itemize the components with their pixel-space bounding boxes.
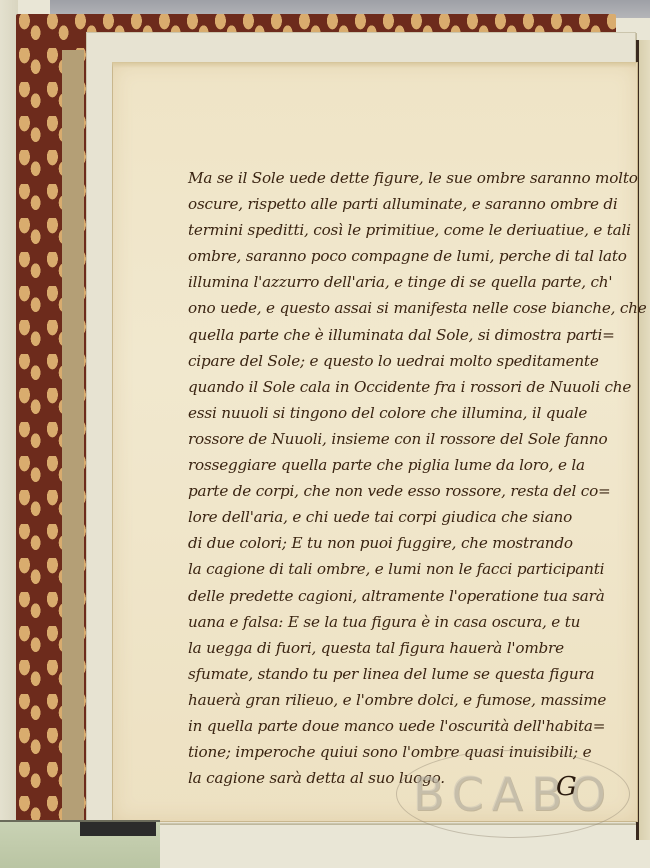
library-watermark: BCABO: [396, 750, 630, 838]
text-line: quando il Sole cala in Occidente fra i r…: [188, 374, 638, 400]
text-line: la uegga di fuori, questa tal figura hau…: [188, 635, 638, 661]
board-edge: [80, 822, 156, 836]
right-page-edge: [636, 40, 650, 840]
text-line: sfumate, stando tu per linea del lume se…: [188, 661, 638, 687]
text-line: rosseggiare quella parte che piglia lume…: [188, 452, 638, 478]
text-line: Ma se il Sole uede dette figure, le sue …: [188, 165, 638, 191]
text-line: ombre, saranno poco compagne de lumi, pe…: [188, 243, 638, 269]
text-line: rossore de Nuuoli, insieme con il rossor…: [188, 426, 638, 452]
manuscript-text: Ma se il Sole uede dette figure, le sue …: [188, 165, 638, 791]
text-line: uana e falsa: E se la tua figura è in ca…: [188, 609, 638, 635]
text-line: lore dell'aria, e chi uede tai corpi giu…: [188, 504, 638, 530]
binding-strip: [62, 50, 84, 820]
text-line: di due colori; E tu non puoi fuggire, ch…: [188, 530, 638, 556]
text-line: ono uede, e questo assai si manifesta ne…: [188, 295, 638, 321]
text-line: parte de corpi, che non vede esso rossor…: [188, 478, 638, 504]
text-line: cipare del Sole; e questo lo uedrai molt…: [188, 348, 638, 374]
text-line: oscure, rispetto alle parti alluminate, …: [188, 191, 638, 217]
text-line: termini speditti, così le primitiue, com…: [188, 217, 638, 243]
text-line: hauerà gran rilieuo, e l'ombre dolci, e …: [188, 687, 638, 713]
text-line: quella parte che è illuminata dal Sole, …: [188, 322, 638, 348]
text-line: in quella parte doue manco uede l'oscuri…: [188, 713, 638, 739]
text-line: la cagione di tali ombre, e lumi non le …: [188, 556, 638, 582]
green-board: [0, 820, 160, 868]
text-line: essi nuuoli si tingono del colore che il…: [188, 400, 638, 426]
page-top-stain: [112, 62, 636, 68]
text-line: illumina l'azzurro dell'aria, e tinge di…: [188, 269, 638, 295]
signature-mark: G: [556, 772, 577, 802]
text-line: delle predette cagioni, altramente l'ope…: [188, 583, 638, 609]
